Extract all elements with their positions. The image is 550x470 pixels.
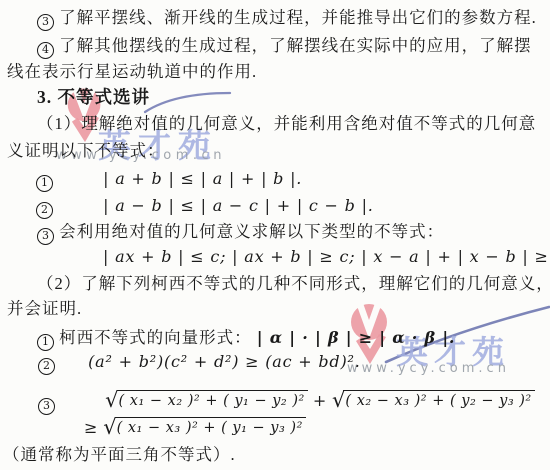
list-item-curves-3: 3 了解平摆线、渐开线的生成过程，并能推导出它们的参数方程.	[37, 8, 537, 31]
abs-inequality-1: 1 | a + b | ≤ | a | + | b |.	[36, 169, 302, 192]
triangle-inequality-plane: 3 √ ( x₁ − x₂ )² + ( y₁ − y₂ )² + √ ( x₂…	[38, 390, 535, 415]
radical-term-2: √ ( x₂ − x₃ )² + ( y₂ − y₃ )²	[332, 390, 535, 411]
circled-number-4: 4	[37, 42, 54, 59]
geq-operator: ≥	[84, 417, 98, 438]
circled-number-1: 1	[37, 334, 54, 351]
formula-abs-types: | ax + b | ≤ c; | ax + b | ≥ c; | x − a …	[103, 247, 550, 267]
circled-number-3: 3	[37, 14, 54, 31]
brand-swoosh-icon	[142, 89, 234, 115]
cauchy-intro-line1: （2）了解下列柯西不等式的几种不同形式，理解它们的几何意义，	[37, 274, 550, 294]
abs-inequality-2: 2 | a − b | ≤ | a − c | + | c − b |.	[36, 196, 374, 219]
scanned-syllabus-page: 英才苑 www.ycy.com.cn 英才苑 www.ycy.com.cn 3 …	[0, 0, 550, 470]
cauchy-intro-line2: 并会证明.	[7, 299, 82, 319]
label-text: 柯西不等式的向量形式：	[59, 328, 252, 347]
brand-url-watermark: www.ycy.com.cn	[347, 361, 510, 376]
circled-number-3: 3	[37, 228, 54, 245]
formula-cauchy-algebraic: (a² + b²)(c² + d²) ≥ (ac + bd)².	[88, 352, 361, 371]
circled-number-2: 2	[38, 358, 55, 375]
radical-term-1: √ ( x₁ − x₂ )² + ( y₁ − y₂ )²	[105, 390, 308, 411]
circled-number-2: 2	[36, 202, 53, 219]
radical-term-3: √ ( x₁ − x₃ )² + ( y₁ − y₃ )²	[103, 417, 306, 438]
formula-abs-difference: | a − b | ≤ | a − c | + | c − b |.	[103, 196, 374, 215]
circled-number-3: 3	[38, 398, 55, 415]
item-text: 会利用绝对值的几何意义求解以下类型的不等式：	[59, 222, 444, 241]
cauchy-vector-form: 1 柯西不等式的向量形式： | α | · | β | ≥ | α · β |.	[37, 328, 455, 351]
plus-operator: +	[313, 390, 327, 411]
formula-cauchy-vector: | α | · | β | ≥ | α · β |.	[257, 328, 456, 347]
item-text: 了解其他摆线的生成过程，了解摆线在实际中的应用，了解摆	[59, 36, 532, 55]
formula-triangle-inequality: | a + b | ≤ | a | + | b |.	[103, 169, 302, 188]
abs-intro-line2: 义证明以下不等式：	[7, 141, 165, 161]
cauchy-algebraic-form: 2 (a² + b²)(c² + d²) ≥ (ac + bd)².	[38, 352, 361, 375]
section-heading: 3. 不等式选讲	[37, 87, 150, 107]
circled-number-1: 1	[36, 175, 53, 192]
abs-intro-line1: （1）理解绝对值的几何意义，并能利用含绝对值不等式的几何意	[37, 114, 536, 134]
list-item-curves-4-cont: 线在表示行星运动轨道中的作用.	[7, 62, 257, 82]
triangle-inequality-rhs: ≥ √ ( x₁ − x₃ )² + ( y₁ − y₃ )²	[84, 417, 306, 438]
list-item-curves-4: 4 了解其他摆线的生成过程，了解摆线在实际中的应用，了解摆	[37, 36, 532, 59]
triangle-inequality-note: （通常称为平面三角不等式）.	[3, 445, 236, 465]
abs-item-3: 3 会利用绝对值的几何意义求解以下类型的不等式：	[37, 222, 444, 245]
item-text: 了解平摆线、渐开线的生成过程，并能推导出它们的参数方程.	[59, 8, 537, 27]
